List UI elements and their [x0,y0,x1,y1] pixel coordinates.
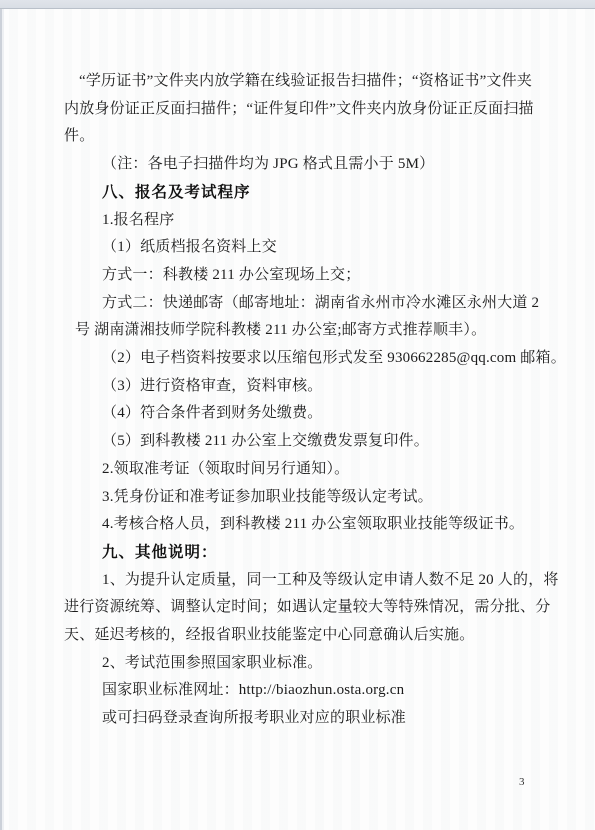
text-line: 件。 [64,123,94,151]
text-line: 号 湖南潇湘技师学院科教楼 211 办公室;邮寄方式推荐顺丰）。 [75,317,486,345]
text-line: 国家职业标准网址：http://biaozhun.osta.org.cn [102,677,404,705]
text-line: （2）电子档资料按要求以压缩包形式发至 930662285@qq.com 邮箱。 [102,345,566,373]
text-line: “学历证书”文件夹内放学籍在线验证报告扫描件；“资格证书”文件夹 [79,68,532,96]
text-line: 方式二：快递邮寄（邮寄地址：湖南省永州市冷水滩区永州大道 2 [102,290,539,318]
text-line: 3.凭身份证和准考证参加职业技能等级认定考试。 [102,484,433,512]
text-line: 或可扫码登录查询所报考职业对应的职业标准 [102,705,406,733]
section-heading: 八、报名及考试程序 [102,179,251,207]
page-number: 3 [519,776,525,788]
text-line: 1.报名程序 [102,207,174,235]
text-line: 方式一：科教楼 211 办公室现场上交； [102,262,360,290]
document-scan: “学历证书”文件夹内放学籍在线验证报告扫描件；“资格证书”文件夹 内放身份证正反… [0,0,595,830]
section-heading: 九、其他说明： [102,539,218,567]
text-line: 天、延迟考核的，经报省职业技能鉴定中心同意确认后实施。 [64,622,474,650]
text-line: 2、考试范围参照国家职业标准。 [102,650,323,678]
text-line: （注：各电子扫描件均为 JPG 格式且需小于 5M） [102,151,434,179]
text-line: （3）进行资格审查，资料审核。 [102,373,323,401]
text-line: 1、为提升认定质量，同一工种及等级认定申请人数不足 20 人的，将 [102,567,559,595]
text-line: 进行资源统筹、调整认定时间；如遇认定量较大等特殊情况，需分批、分 [64,594,550,622]
text-line: （5）到科教楼 211 办公室上交缴费发票复印件。 [102,428,429,456]
text-line: （4）符合条件者到财务处缴费。 [102,400,323,428]
text-line: 内放身份证正反面扫描件；“证件复印件”文件夹内放身份证正反面扫描 [64,96,534,124]
text-line: 2.领取准考证（领取时间另行通知）。 [102,456,349,484]
text-line: 4.考核合格人员，到科教楼 211 办公室领取职业技能等级证书。 [102,511,524,539]
document-page: “学历证书”文件夹内放学籍在线验证报告扫描件；“资格证书”文件夹 内放身份证正反… [0,0,595,830]
text-line: （1）纸质档报名资料上交 [102,234,277,262]
